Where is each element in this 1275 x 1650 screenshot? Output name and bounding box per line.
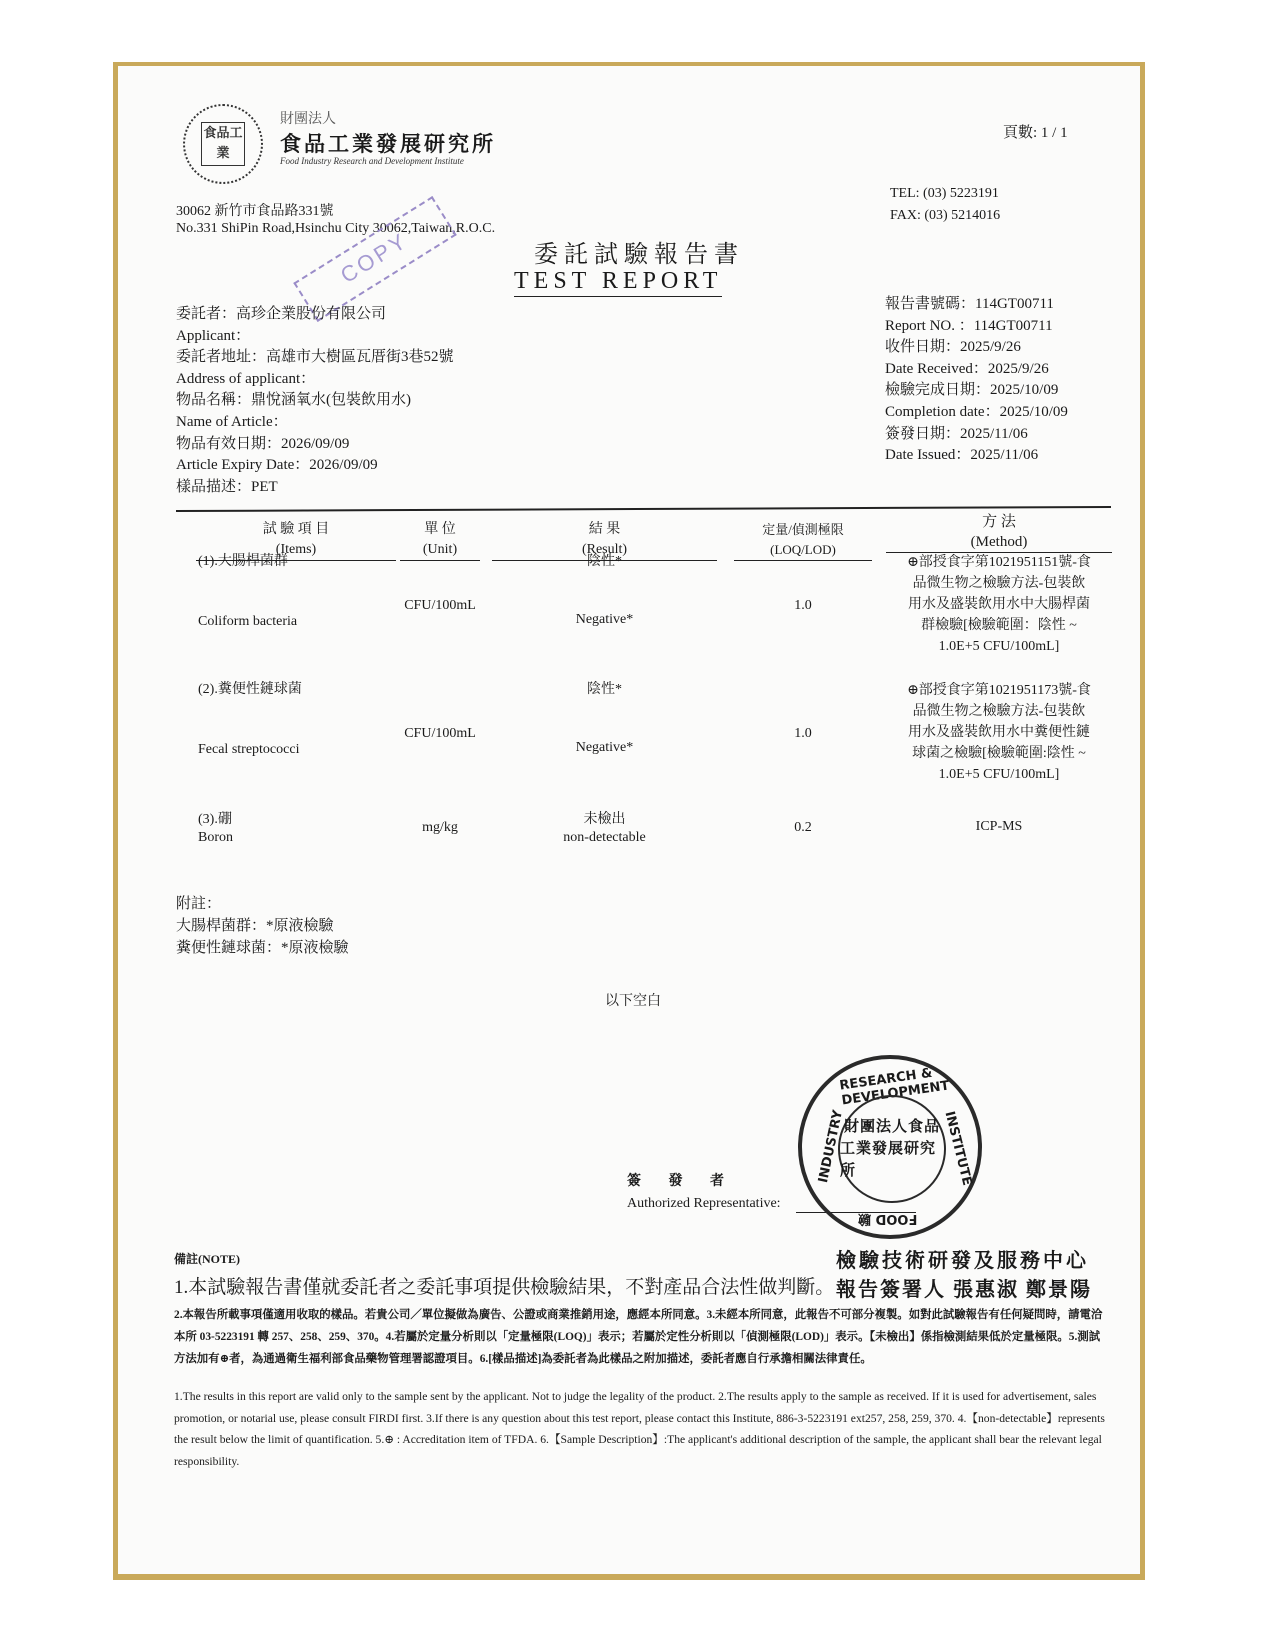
header-limit: 定量/偵測極限 (LOQ/LOD) <box>734 520 872 561</box>
applicant-info-line: Name of Article： <box>176 412 454 434</box>
report-info-line: 報告書號碼：114GT00711 <box>885 294 1068 316</box>
applicant-info-line: 物品有效日期：2026/09/09 <box>176 434 454 456</box>
org-name-en: Food Industry Research and Development I… <box>280 156 464 166</box>
applicant-info-line: 物品名稱：鼎悅涵氧水(包裝飲用水) <box>176 390 454 412</box>
result-en: non-detectable <box>492 830 717 846</box>
unit-value: CFU/100mL <box>398 598 482 614</box>
telephone: TEL: (03) 5223191 <box>890 186 999 202</box>
applicant-info-line: 樣品描述：PET <box>176 477 454 499</box>
limit-value: 1.0 <box>734 726 872 742</box>
header-method: 方 法 (Method) <box>886 512 1112 553</box>
method-line: 品微生物之檢驗方法-包裝飲 <box>884 701 1114 722</box>
item-name-zh: (3).硼 <box>198 808 232 828</box>
unit-value: mg/kg <box>398 820 482 836</box>
item-name-en: Fecal streptococci <box>198 742 299 758</box>
report-info-line: Date Issued：2025/11/06 <box>885 445 1068 467</box>
applicant-info-line: Article Expiry Date：2026/09/09 <box>176 455 454 477</box>
item-name-zh: (1).大腸桿菌群 <box>198 550 288 570</box>
center-name-stamp: 檢驗技術研發及服務中心 <box>836 1244 1089 1273</box>
result-zh: 未檢出 <box>492 808 717 828</box>
method-text: ⊕部授食字第1021951173號-食品微生物之檢驗方法-包裝飲用水及盛裝飲用水… <box>884 680 1114 785</box>
header-unit: 單 位 (Unit) <box>400 520 480 561</box>
seal-ring-bottom: FOOD 驗 <box>858 1211 917 1230</box>
header-method-zh: 方 法 <box>982 514 1016 530</box>
result-en: Negative* <box>492 612 717 628</box>
header-limit-zh: 定量/偵測極限 <box>762 522 844 537</box>
applicant-info-line: Address of applicant： <box>176 369 454 391</box>
method-line: 群檢驗[檢驗範圍：陰性 ~ <box>884 615 1114 636</box>
seal-center: 財團法人食品 工業發展研究所 <box>838 1095 946 1203</box>
seal-line-2: 工業發展研究所 <box>840 1138 944 1182</box>
seal-ring-right: INSTITUTE <box>942 1110 975 1187</box>
method-line: 用水及盛裝飲用水中大腸桿菌 <box>884 594 1114 615</box>
method-line: 品微生物之檢驗方法-包裝飲 <box>884 573 1114 594</box>
header-items-zh: 試 驗 項 目 <box>263 522 330 537</box>
blank-below: 以下空白 <box>605 990 661 1010</box>
method-line: ⊕部授食字第1021951173號-食 <box>884 680 1114 701</box>
method-line: 球菌之檢驗[檢驗範圍:陰性 ~ <box>884 743 1114 764</box>
logo-inner: 食品工業 <box>201 122 245 166</box>
header-method-en: (Method) <box>886 532 1112 553</box>
method-line: 用水及盛裝飲用水中糞便性鏈 <box>884 722 1114 743</box>
result-en: Negative* <box>492 740 717 756</box>
item-name-zh: (2).糞便性鏈球菌 <box>198 678 302 698</box>
notes-label: 備註(NOTE) <box>174 1250 240 1267</box>
unit-value: CFU/100mL <box>398 726 482 742</box>
report-title-en: TEST REPORT <box>514 268 722 297</box>
notes-en: 1.The results in this report are valid o… <box>174 1386 1109 1472</box>
applicant-info-line: 委託者地址：高雄市大樹區瓦厝街3巷52號 <box>176 347 454 369</box>
method-line: 1.0E+5 CFU/100mL] <box>884 764 1114 785</box>
signatory-stamp: 報告簽署人 張惠淑 鄭景陽 <box>836 1273 1092 1302</box>
result-zh: 陰性* <box>492 550 717 570</box>
item-name-en: Coliform bacteria <box>198 614 297 630</box>
report-info-line: Report NO. ：114GT00711 <box>885 316 1068 338</box>
remark-line: 大腸桿菌群：*原液檢驗 <box>176 915 349 937</box>
header-unit-en: (Unit) <box>400 540 480 561</box>
note-1: 1.本試驗報告書僅就委託者之委託事項提供檢驗結果，不對產品合法性做判斷。 <box>174 1272 834 1299</box>
item-name-en: Boron <box>198 830 233 846</box>
applicant-info-line: 委託者：高珍企業股份有限公司 <box>176 304 454 326</box>
report-info-line: 檢驗完成日期：2025/10/09 <box>885 380 1068 402</box>
report-info-line: 收件日期：2025/9/26 <box>885 337 1068 359</box>
org-name: 食品工業發展研究所 <box>280 128 496 158</box>
institute-seal-icon: RESEARCH & DEVELOPMENT INDUSTRY INSTITUT… <box>798 1055 982 1239</box>
method-text: ICP-MS <box>884 816 1114 837</box>
notes-zh: 2.本報告所載事項僅適用收取的樣品。若貴公司／單位擬做為廣告、公證或商業推銷用途… <box>174 1304 1109 1370</box>
address-zh: 30062 新竹市食品路331號 <box>176 200 334 220</box>
method-text: ⊕部授食字第1021951151號-食品微生物之檢驗方法-包裝飲用水及盛裝飲用水… <box>884 552 1114 657</box>
limit-value: 0.2 <box>734 820 872 836</box>
report-info: 報告書號碼：114GT00711Report NO. ：114GT00711收件… <box>885 294 1068 467</box>
result-zh: 陰性* <box>492 678 717 698</box>
limit-value: 1.0 <box>734 598 872 614</box>
org-subtitle: 財團法人 <box>280 108 336 128</box>
applicant-info: 委託者：高珍企業股份有限公司Applicant：委託者地址：高雄市大樹區瓦厝街3… <box>176 304 454 498</box>
report-info-line: Date Received：2025/9/26 <box>885 359 1068 381</box>
applicant-info-line: Applicant： <box>176 326 454 348</box>
method-line: ⊕部授食字第1021951151號-食 <box>884 552 1114 573</box>
header-result-zh: 結 果 <box>589 522 621 537</box>
report-title-zh: 委託試驗報告書 <box>534 234 744 269</box>
institute-logo-icon: 食品工業 <box>183 104 263 184</box>
remark-line: 附註： <box>176 893 349 915</box>
method-line: ICP-MS <box>884 816 1114 837</box>
signer-label-zh: 簽 發 者 <box>627 1170 736 1190</box>
report-info-line: Completion date：2025/10/09 <box>885 402 1068 424</box>
fax: FAX: (03) 5214016 <box>890 208 1000 224</box>
page-number: 頁數: 1 / 1 <box>1003 121 1068 142</box>
remark-line: 糞便性鏈球菌：*原液檢驗 <box>176 937 349 959</box>
remarks: 附註：大腸桿菌群：*原液檢驗糞便性鏈球菌：*原液檢驗 <box>176 893 349 959</box>
signer-label-en: Authorized Representative: <box>627 1196 781 1212</box>
header-limit-en: (LOQ/LOD) <box>734 540 872 561</box>
seal-line-1: 財團法人食品 <box>844 1116 940 1138</box>
method-line: 1.0E+5 CFU/100mL] <box>884 636 1114 657</box>
header-unit-zh: 單 位 <box>424 522 456 537</box>
report-info-line: 簽發日期：2025/11/06 <box>885 424 1068 446</box>
